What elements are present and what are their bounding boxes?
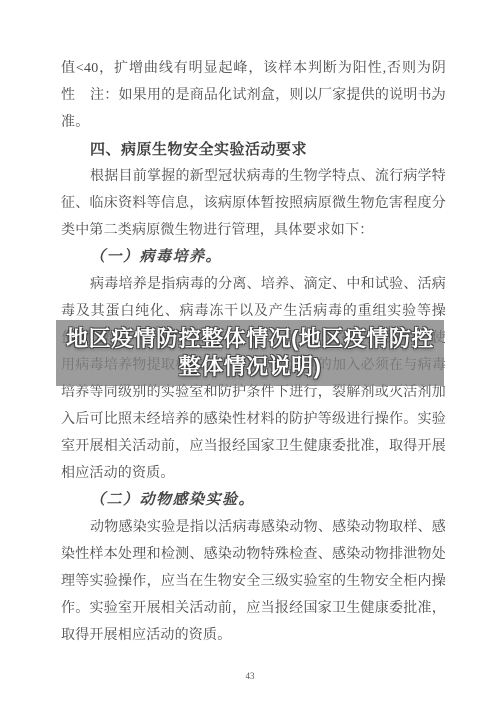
document-line: （二）动物感染实验。 bbox=[61, 487, 446, 514]
document-line: 根据目前掌握的新型冠状病毒的生物学特点、流行病学特 bbox=[61, 163, 446, 190]
document-line: 取得开展相应活动的资质。 bbox=[61, 622, 446, 649]
document-line: 类中第二类病原微生物进行管理，具体要求如下： bbox=[61, 217, 446, 244]
document-line: 值<40，扩增曲线有明显起峰，该样本判断为阳性,否则为阴性。 bbox=[61, 55, 446, 82]
document-line: 征、临床资料等信息，该病原体暂按照病原微生物危害程度分 bbox=[61, 190, 446, 217]
document-line: 病毒培养是指病毒的分离、培养、滴定、中和试验、活病 bbox=[61, 271, 446, 298]
overlay-title-banner: 地区疫情防控整体情况(地区疫情防控 整体情况说明) bbox=[56, 320, 444, 386]
overlay-title-line2: 整体情况说明) bbox=[179, 353, 322, 381]
document-line: 注：如果用的是商品化试剂盒，则以厂家提供的说明书为 bbox=[61, 82, 446, 109]
document-line: 室开展相关活动前，应当报经国家卫生健康委批准，取得开展 bbox=[61, 433, 446, 460]
document-page: 值<40，扩增曲线有明显起峰，该样本判断为阳性,否则为阴性。注：如果用的是商品化… bbox=[0, 0, 500, 706]
overlay-title-line1: 地区疫情防控整体情况(地区疫情防控 bbox=[66, 325, 434, 353]
document-line: 动物感染实验是指以活病毒感染动物、感染动物取样、感 bbox=[61, 514, 446, 541]
document-line: 相应活动的资质。 bbox=[61, 460, 446, 487]
document-line: 作。实验室开展相关活动前，应当报经国家卫生健康委批准， bbox=[61, 595, 446, 622]
document-line: 理等实验操作，应当在生物安全三级实验室的生物安全柜内操 bbox=[61, 568, 446, 595]
document-line: 染性样本处理和检测、感染动物特殊检查、感染动物排泄物处 bbox=[61, 541, 446, 568]
document-line: 四、病原生物安全实验活动要求 bbox=[61, 136, 446, 163]
document-line: （一）病毒培养。 bbox=[61, 244, 446, 271]
page-number: 43 bbox=[0, 671, 500, 681]
document-line: 准。 bbox=[61, 109, 446, 136]
document-line: 入后可比照未经培养的感染性材料的防护等级进行操作。实验 bbox=[61, 406, 446, 433]
